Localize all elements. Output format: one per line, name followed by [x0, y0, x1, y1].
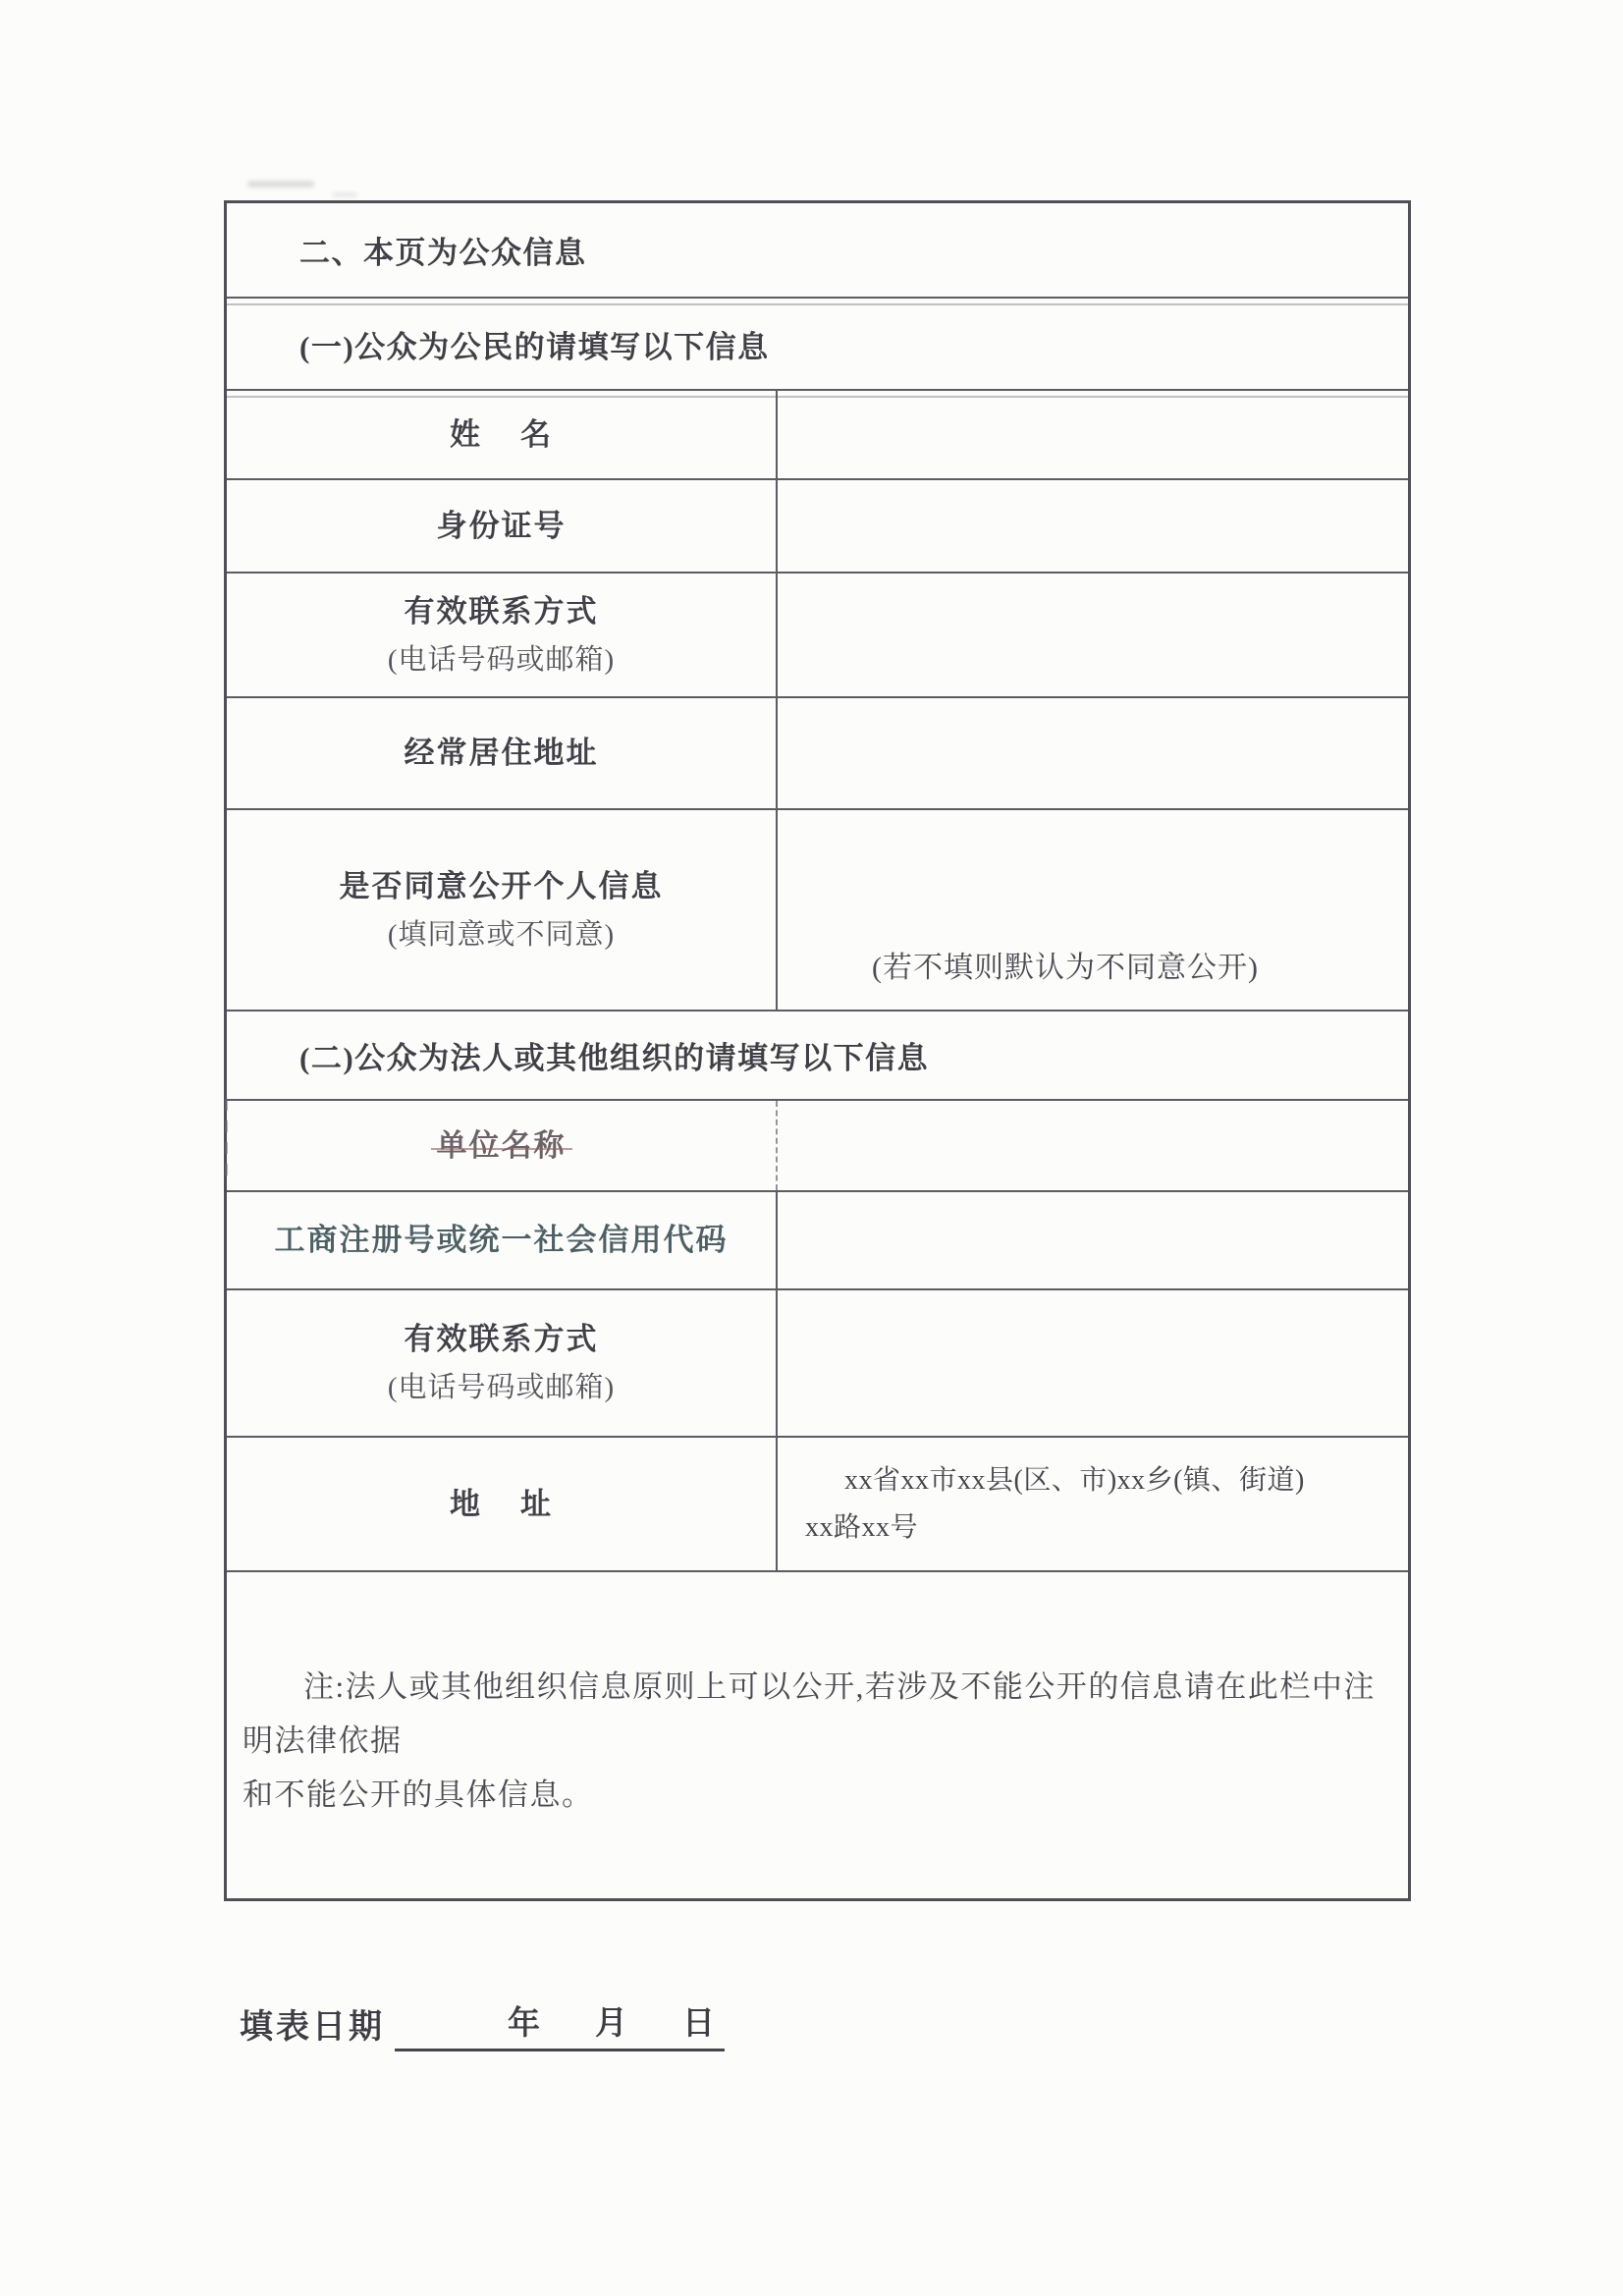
- day-label: 日: [682, 2001, 715, 2047]
- citizen-contact-value-cell: [776, 574, 1408, 696]
- consent-row: 是否同意公开个人信息 (填同意或不同意) (若不填则默认为不同意公开): [227, 808, 1408, 1010]
- scan-smudge: [247, 181, 314, 188]
- scan-smudge: [332, 192, 357, 197]
- residence-address-label: 经常居住地址: [405, 729, 599, 778]
- name-value-cell: [776, 391, 1408, 478]
- residence-address-row: 经常居住地址: [227, 696, 1408, 808]
- date-underline: 年 月 日: [395, 2001, 725, 2051]
- org-name-value-cell: [776, 1101, 1408, 1190]
- citizen-contact-label-cell: 有效联系方式 (电话号码或邮箱): [227, 574, 776, 696]
- org-name-label: 单位名称: [437, 1121, 567, 1171]
- name-label-cell: 姓 名: [227, 391, 776, 478]
- org-contact-sublabel: (电话号码或邮箱): [388, 1364, 615, 1411]
- note-line1: 注:法人或其他组织信息原则上可以公开,若涉及不能公开的信息请在此栏中注明法律依据: [243, 1660, 1392, 1768]
- name-label: 姓 名: [450, 410, 553, 460]
- org-address-label: 地 址: [450, 1480, 553, 1529]
- citizen-section-header-row: (一)公众为公民的请填写以下信息: [227, 297, 1408, 389]
- citizen-contact-sublabel: (电话号码或邮箱): [388, 636, 615, 683]
- org-address-value-line1: xx省xx市xx县(区、市)xx乡(镇、街道): [805, 1457, 1388, 1504]
- consent-value-cell: (若不填则默认为不同意公开): [776, 810, 1408, 1010]
- org-section-header: (二)公众为法人或其他组织的请填写以下信息: [227, 1011, 1408, 1099]
- fill-date-line: 填表日期 年 月 日: [240, 2001, 725, 2051]
- note-row: 注:法人或其他组织信息原则上可以公开,若涉及不能公开的信息请在此栏中注明法律依据…: [227, 1570, 1408, 1898]
- scanned-form-page: 二、本页为公众信息 (一)公众为公民的请填写以下信息 姓 名 身份证号 有效联系…: [0, 0, 1623, 2296]
- org-address-value-cell: xx省xx市xx县(区、市)xx乡(镇、街道) xx路xx号: [776, 1438, 1408, 1570]
- residence-address-label-cell: 经常居住地址: [227, 698, 776, 808]
- consent-default-note: (若不填则默认为不同意公开): [872, 943, 1259, 986]
- consent-sublabel: (填同意或不同意): [388, 911, 615, 958]
- org-section-header-row: (二)公众为法人或其他组织的请填写以下信息: [227, 1010, 1408, 1099]
- org-name-label-cell: 单位名称: [227, 1101, 776, 1190]
- id-number-row: 身份证号: [227, 478, 1408, 572]
- credit-code-label-cell: 工商注册号或统一社会信用代码: [227, 1192, 776, 1288]
- note-cell: 注:法人或其他组织信息原则上可以公开,若涉及不能公开的信息请在此栏中注明法律依据…: [227, 1572, 1408, 1898]
- org-address-value-line2: xx路xx号: [805, 1504, 1388, 1552]
- id-number-label-cell: 身份证号: [227, 480, 776, 572]
- org-name-row: 单位名称: [227, 1099, 1408, 1190]
- id-number-value-cell: [776, 480, 1408, 572]
- org-contact-label-cell: 有效联系方式 (电话号码或邮箱): [227, 1290, 776, 1436]
- consent-label-cell: 是否同意公开个人信息 (填同意或不同意): [227, 810, 776, 1010]
- section-title: 二、本页为公众信息: [227, 203, 1408, 297]
- section-title-row: 二、本页为公众信息: [227, 203, 1408, 297]
- public-info-form-table: 二、本页为公众信息 (一)公众为公民的请填写以下信息 姓 名 身份证号 有效联系…: [224, 200, 1411, 1901]
- org-contact-label: 有效联系方式: [405, 1315, 599, 1364]
- org-contact-row: 有效联系方式 (电话号码或邮箱): [227, 1288, 1408, 1436]
- org-address-label-cell: 地 址: [227, 1438, 776, 1570]
- name-row: 姓 名: [227, 389, 1408, 478]
- credit-code-row: 工商注册号或统一社会信用代码: [227, 1190, 1408, 1288]
- credit-code-value-cell: [776, 1192, 1408, 1288]
- credit-code-label: 工商注册号或统一社会信用代码: [275, 1216, 729, 1265]
- id-number-label: 身份证号: [437, 502, 567, 551]
- year-label: 年: [508, 2001, 540, 2047]
- residence-address-value-cell: [776, 698, 1408, 808]
- month-label: 月: [595, 2001, 627, 2047]
- citizen-contact-label: 有效联系方式: [405, 587, 599, 636]
- consent-label: 是否同意公开个人信息: [340, 862, 664, 911]
- org-address-row: 地 址 xx省xx市xx县(区、市)xx乡(镇、街道) xx路xx号: [227, 1436, 1408, 1570]
- note-line2: 和不能公开的具体信息。: [243, 1768, 1392, 1822]
- fill-date-label: 填表日期: [240, 2004, 385, 2051]
- org-contact-value-cell: [776, 1290, 1408, 1436]
- citizen-contact-row: 有效联系方式 (电话号码或邮箱): [227, 572, 1408, 696]
- citizen-section-header: (一)公众为公民的请填写以下信息: [227, 299, 1408, 389]
